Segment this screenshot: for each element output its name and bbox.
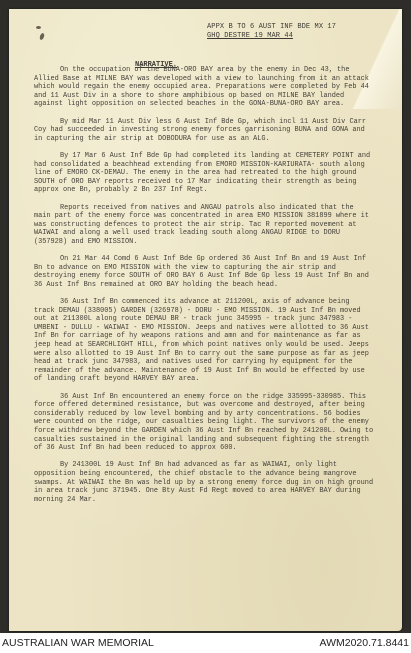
- footer: AUSTRALIAN WAR MEMORIAL AWM2020.71.8441: [0, 633, 411, 653]
- paragraph: On the occupation of the BUNA-ORO BAY ar…: [34, 66, 374, 109]
- paragraph: By mid Mar 11 Aust Div less 6 Aust Inf B…: [34, 118, 374, 144]
- document-body: On the occupation of the BUNA-ORO BAY ar…: [34, 66, 374, 513]
- paragraph: Reports received from natives and ANGAU …: [34, 204, 374, 247]
- paragraph: 36 Aust Inf Bn commenced its advance at …: [34, 298, 374, 384]
- accession-number: AWM2020.71.8441: [319, 637, 409, 649]
- scan-area: APPX B TO 6 AUST INF BDE MX 17 GHQ DESTR…: [0, 0, 411, 633]
- document-reference: APPX B TO 6 AUST INF BDE MX 17 GHQ DESTR…: [207, 23, 336, 41]
- institution-label: AUSTRALIAN WAR MEMORIAL: [2, 637, 154, 649]
- paragraph: By 17 Mar 6 Aust Inf Bde Gp had complete…: [34, 152, 374, 195]
- paragraph: 36 Aust Inf Bn encountered an enemy forc…: [34, 393, 374, 453]
- ink-stain: [36, 26, 41, 29]
- reference-line-2: GHQ DESTRE 19 MAR 44: [207, 32, 336, 41]
- paragraph: By 241300L 19 Aust Inf Bn had advanced a…: [34, 461, 374, 504]
- ink-stain: [39, 33, 45, 41]
- paragraph: On 21 Mar 44 Comd 6 Aust Inf Bde Gp orde…: [34, 255, 374, 289]
- reference-line-1: APPX B TO 6 AUST INF BDE MX 17: [207, 23, 336, 32]
